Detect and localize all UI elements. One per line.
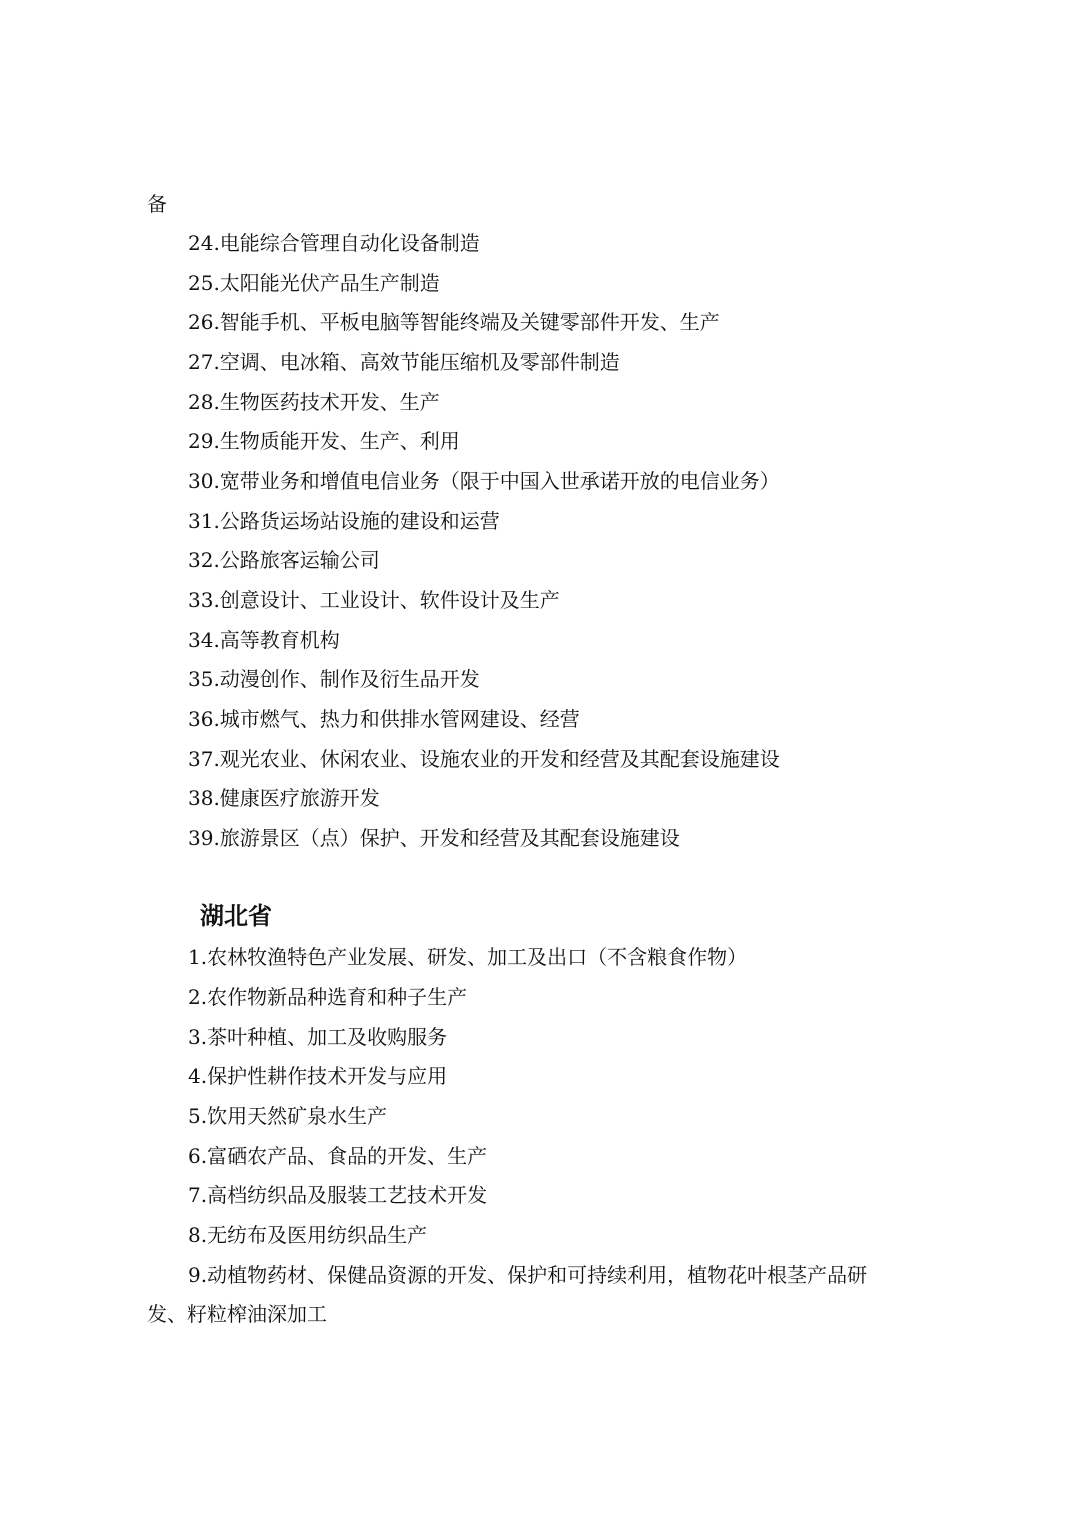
list-item: 38.健康医疗旅游开发: [188, 786, 380, 810]
list-item: 2.农作物新品种选育和种子生产: [188, 985, 467, 1009]
list-item: 29.生物质能开发、生产、利用: [188, 429, 460, 453]
list-item: 26.智能手机、平板电脑等智能终端及关键零部件开发、生产: [188, 310, 720, 334]
list-item: 3.茶叶种植、加工及收购服务: [188, 1025, 447, 1049]
list-item: 1.农林牧渔特色产业发展、研发、加工及出口（不含粮食作物）: [188, 945, 747, 969]
document-page: 备 24.电能综合管理自动化设备制造 25.太阳能光伏产品生产制造 26.智能手…: [0, 0, 1074, 1520]
list-item: 31.公路货运场站设施的建设和运营: [188, 509, 500, 533]
list-item: 7.高档纺织品及服装工艺技术开发: [188, 1183, 487, 1207]
list-item: 30.宽带业务和增值电信业务（限于中国入世承诺开放的电信业务）: [188, 469, 780, 493]
list-item: 24.电能综合管理自动化设备制造: [188, 231, 480, 255]
list-item: 37.观光农业、休闲农业、设施农业的开发和经营及其配套设施建设: [188, 747, 780, 771]
list-item: 4.保护性耕作技术开发与应用: [188, 1064, 447, 1088]
continuation-fragment: 备: [147, 192, 167, 216]
list-item: 34.高等教育机构: [188, 628, 340, 652]
list-item: 32.公路旅客运输公司: [188, 548, 380, 572]
list-item: 27.空调、电冰箱、高效节能压缩机及零部件制造: [188, 350, 620, 374]
list-item: 36.城市燃气、热力和供排水管网建设、经营: [188, 707, 580, 731]
list-item: 35.动漫创作、制作及衍生品开发: [188, 667, 480, 691]
list-item: 9.动植物药材、保健品资源的开发、保护和可持续利用，植物花叶根茎产品研: [188, 1263, 867, 1287]
list-item: 5.饮用天然矿泉水生产: [188, 1104, 387, 1128]
list-item-continuation: 发、籽粒榨油深加工: [147, 1302, 327, 1326]
list-item: 33.创意设计、工业设计、软件设计及生产: [188, 588, 560, 612]
list-item: 6.富硒农产品、食品的开发、生产: [188, 1144, 487, 1168]
list-item: 28.生物医药技术开发、生产: [188, 390, 440, 414]
section-heading: 湖北省: [200, 902, 272, 930]
list-item: 25.太阳能光伏产品生产制造: [188, 271, 440, 295]
list-item: 8.无纺布及医用纺织品生产: [188, 1223, 427, 1247]
list-item: 39.旅游景区（点）保护、开发和经营及其配套设施建设: [188, 826, 680, 850]
